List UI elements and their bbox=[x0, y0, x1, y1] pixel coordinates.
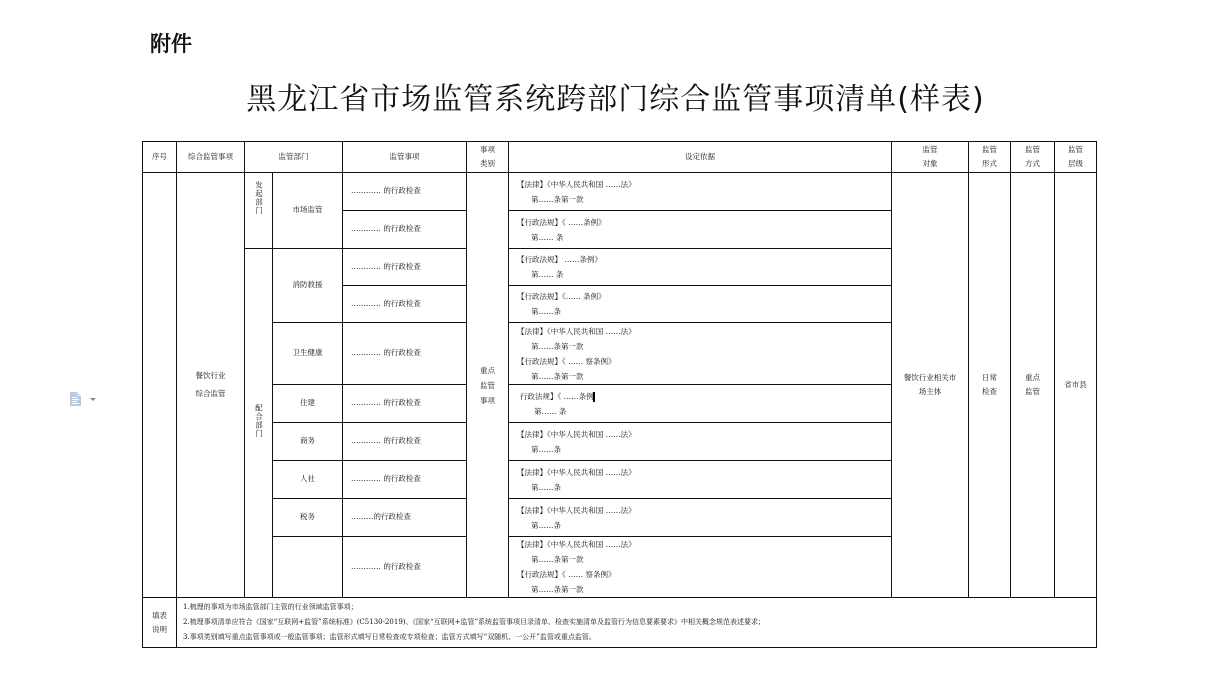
method-cell: 重点监管 bbox=[1011, 173, 1055, 598]
supervision-table: 序号 综合监管事项 监管部门 监管事项 事项类别 设定依据 监管对象 监管形式 … bbox=[142, 141, 1097, 648]
item-cell: ………… 的行政检查 bbox=[343, 423, 467, 461]
header-row: 序号 综合监管事项 监管部门 监管事项 事项类别 设定依据 监管对象 监管形式 … bbox=[143, 142, 1097, 173]
header-target: 监管对象 bbox=[892, 142, 969, 173]
item-cell: ………… 的行政检查 bbox=[343, 173, 467, 211]
category-cell: 重点监管事项 bbox=[467, 173, 509, 598]
document-icon[interactable] bbox=[70, 392, 81, 406]
basis-cell: 【法律】《中华人民共和国 ……法》第……条 bbox=[509, 423, 892, 461]
header-category: 事项类别 bbox=[467, 142, 509, 173]
attachment-label: 附件 bbox=[150, 28, 192, 58]
dept-cell: 住建 bbox=[273, 385, 343, 423]
notes-label: 填表说明 bbox=[143, 598, 177, 648]
header-item: 监管事项 bbox=[343, 142, 467, 173]
basis-cell: 【法律】《中华人民共和国 ……法》第……条 bbox=[509, 461, 892, 499]
note-line: 2.梳理事项清单应符合《国家“互联网+监管”系统标准》(C5130-2019)、… bbox=[183, 615, 1096, 630]
seq-cell bbox=[143, 173, 177, 598]
page-title: 黑龙江省市场监管系统跨部门综合监管事项清单(样表) bbox=[0, 74, 1231, 118]
initiating-department-group: 发起部门 bbox=[245, 173, 273, 249]
header-department: 监管部门 bbox=[245, 142, 343, 173]
item-cell: ………… 的行政检查 bbox=[343, 286, 467, 323]
basis-cell: 【行政法规】《…… 条例》第……条 bbox=[509, 286, 892, 323]
header-comprehensive-item: 综合监管事项 bbox=[177, 142, 245, 173]
text-cursor bbox=[593, 392, 595, 402]
basis-cell: 【行政法规】《 ……条例》第…… 条 bbox=[509, 211, 892, 249]
chevron-down-icon[interactable] bbox=[90, 398, 96, 401]
dept-cell bbox=[273, 537, 343, 598]
cooperating-department-group: 配合部门 bbox=[245, 249, 273, 598]
table-row: 餐饮行业综合监管 发起部门 市场监管 ………… 的行政检查 重点监管事项 【法律… bbox=[143, 173, 1097, 211]
header-seq: 序号 bbox=[143, 142, 177, 173]
header-basis: 设定依据 bbox=[509, 142, 892, 173]
dept-cell: 税务 bbox=[273, 499, 343, 537]
dept-cell: 消防救援 bbox=[273, 249, 343, 323]
basis-cell: 【法律】《中华人民共和国 ……法》第……条第一款【行政法规】《 …… 察条例》第… bbox=[509, 323, 892, 385]
dept-cell: 卫生健康 bbox=[273, 323, 343, 385]
header-method: 监管方式 bbox=[1011, 142, 1055, 173]
level-cell: 省市县 bbox=[1055, 173, 1097, 598]
form-cell: 日常检查 bbox=[969, 173, 1011, 598]
notes-content: 1.梳理的事项为市场监管部门主管的行业领域监管事项； 2.梳理事项清单应符合《国… bbox=[177, 598, 1097, 648]
dept-cell: 人社 bbox=[273, 461, 343, 499]
note-line: 1.梳理的事项为市场监管部门主管的行业领域监管事项； bbox=[183, 600, 1096, 615]
basis-cell[interactable]: 行政法规】《 ……条例第…… 条 bbox=[509, 385, 892, 423]
basis-cell: 【法律】《中华人民共和国 ……法》第……条 bbox=[509, 499, 892, 537]
basis-cell: 【行政法规】 ……条例》第…… 条 bbox=[509, 249, 892, 286]
item-cell: ………… 的行政检查 bbox=[343, 385, 467, 423]
target-cell: 餐饮行业相关市场主体 bbox=[892, 173, 969, 598]
comprehensive-item-cell: 餐饮行业综合监管 bbox=[177, 173, 245, 598]
item-cell: ………的行政检查 bbox=[343, 499, 467, 537]
basis-cell: 【法律】《中华人民共和国 ……法》第……条第一款【行政法规】《 …… 察条例》第… bbox=[509, 537, 892, 598]
basis-cell: 【法律】《中华人民共和国 ……法》第……条第一款 bbox=[509, 173, 892, 211]
item-cell: ………… 的行政检查 bbox=[343, 537, 467, 598]
item-cell: ………… 的行政检查 bbox=[343, 323, 467, 385]
header-form: 监管形式 bbox=[969, 142, 1011, 173]
dept-cell: 商务 bbox=[273, 423, 343, 461]
dept-cell: 市场监管 bbox=[273, 173, 343, 249]
item-cell: ………… 的行政检查 bbox=[343, 249, 467, 286]
note-line: 3.事项类别填写重点监管事项或一般监管事项；监管形式填写日常检查或专项检查；监管… bbox=[183, 630, 1096, 645]
item-cell: ………… 的行政检查 bbox=[343, 461, 467, 499]
header-level: 监管层级 bbox=[1055, 142, 1097, 173]
item-cell: ………… 的行政检查 bbox=[343, 211, 467, 249]
notes-row: 填表说明 1.梳理的事项为市场监管部门主管的行业领域监管事项； 2.梳理事项清单… bbox=[143, 598, 1097, 648]
